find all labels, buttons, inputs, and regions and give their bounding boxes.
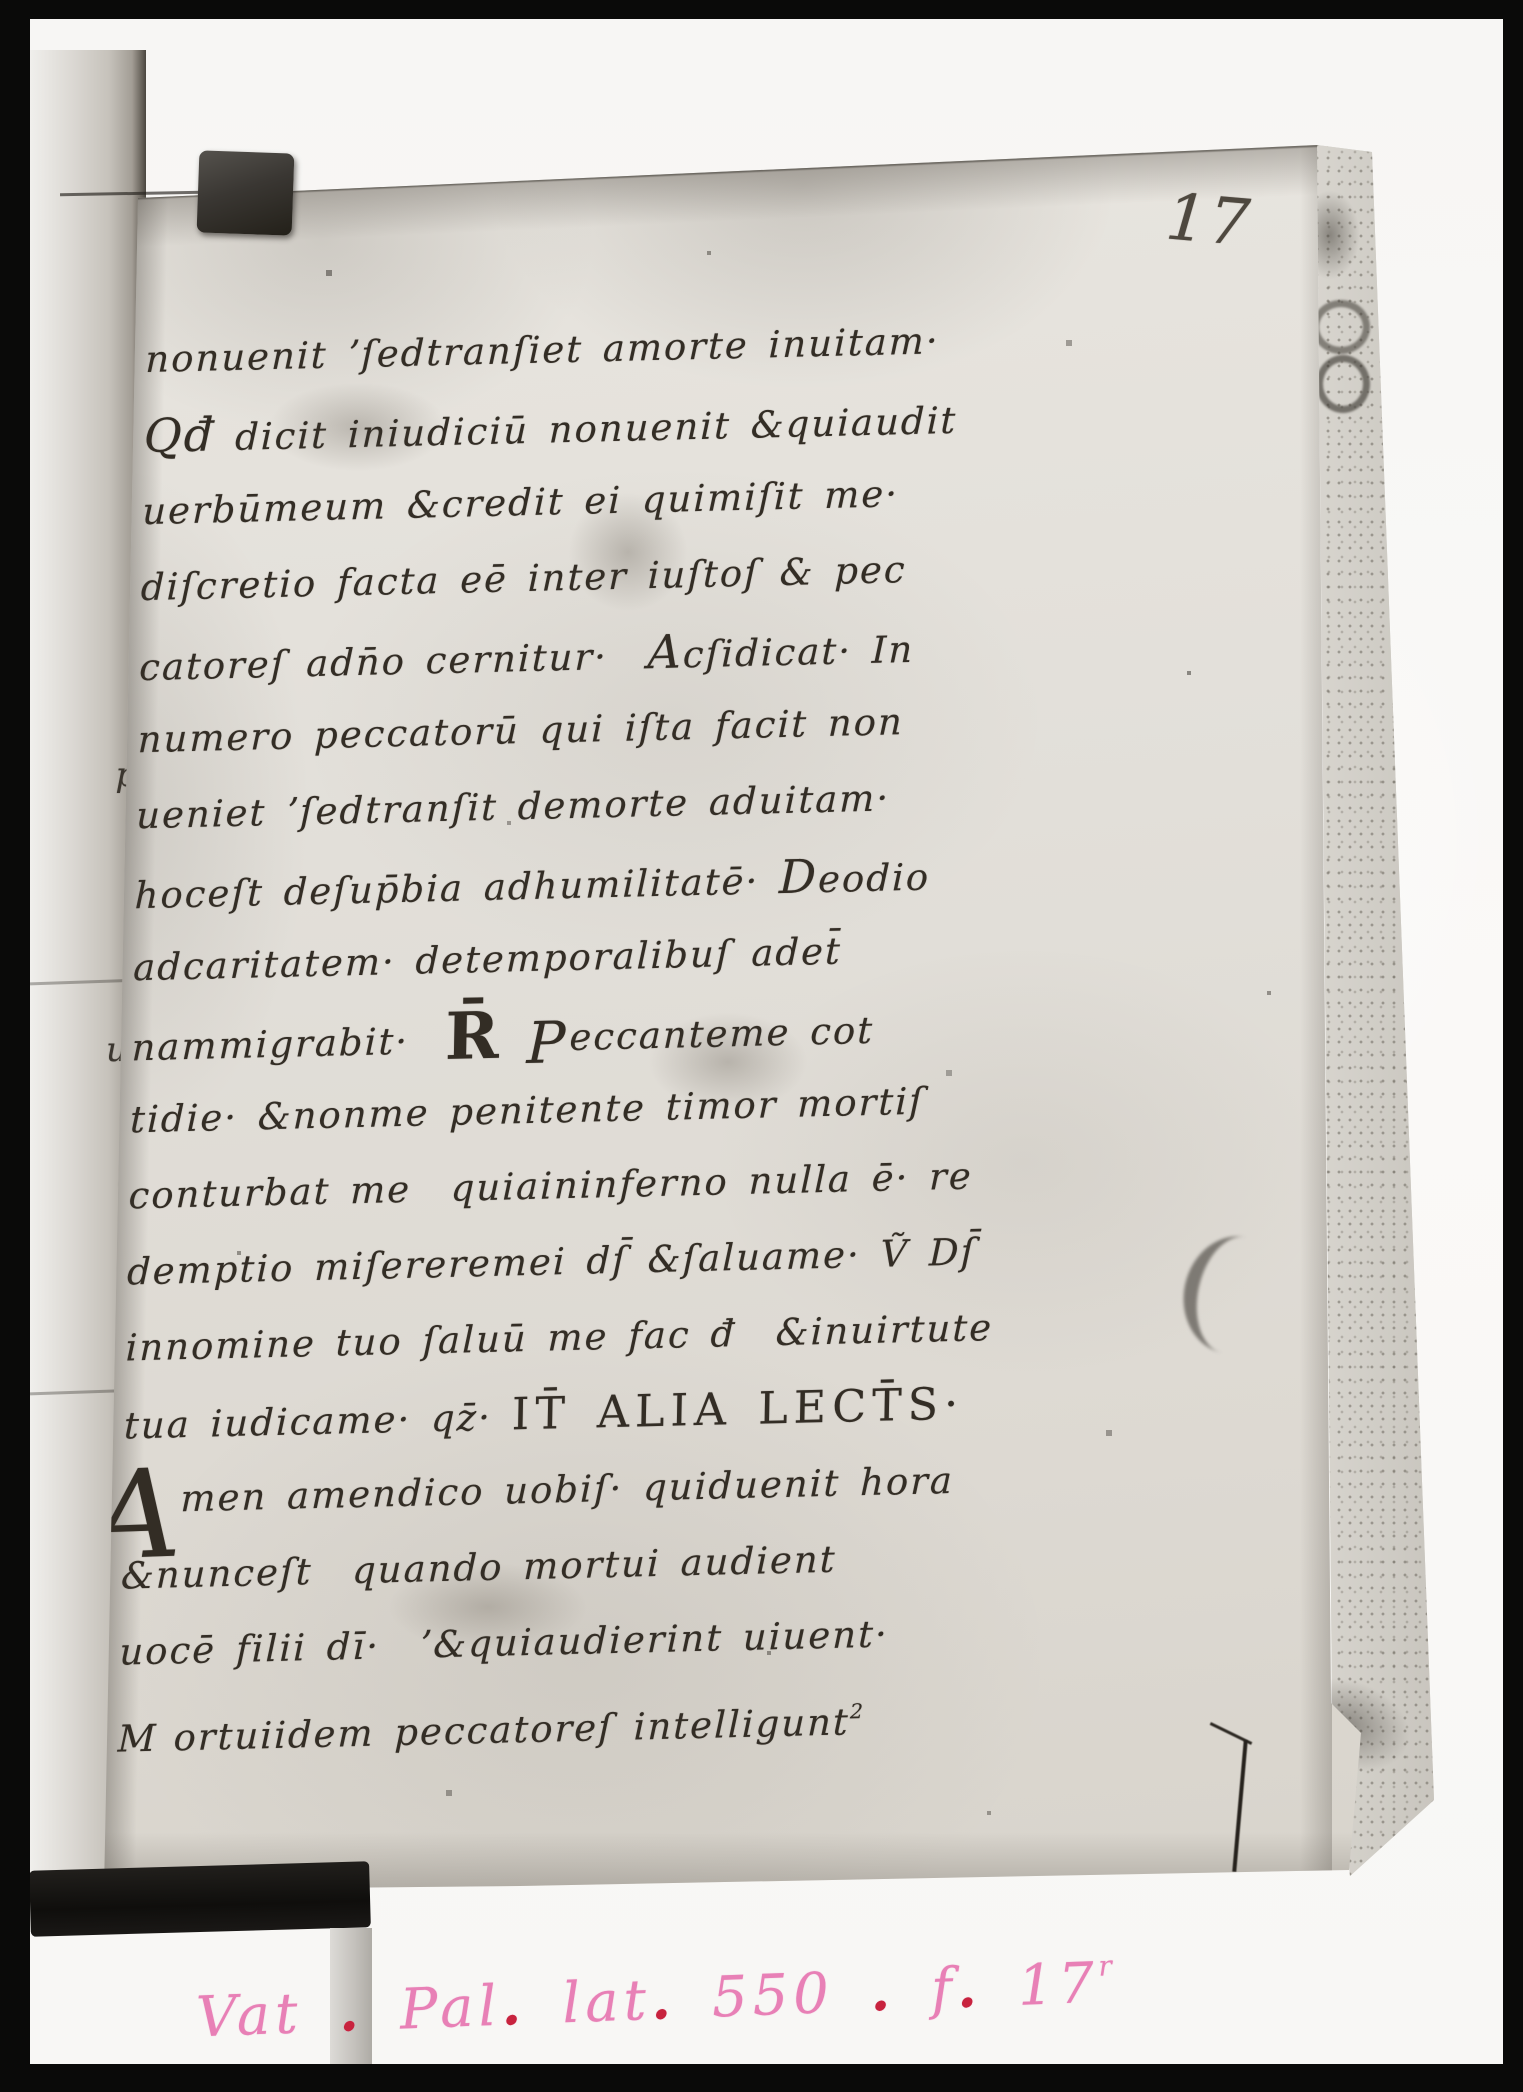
manuscript-line-segment: ueniet ʼſedtranſit demorte aduitam· <box>136 776 891 837</box>
manuscript-line-segment: Qđ <box>143 407 216 463</box>
folio-number: 17 <box>1163 180 1255 261</box>
manuscript-text-block: nonuenit ʼſedtranſiet amorte inuitam·Qđ … <box>117 310 1006 1775</box>
shelfmark-segment: . <box>500 1970 563 2038</box>
photograph-canvas: ſ(p.uelie·trr.ū 17 nonuenit ʼſedtranſiet… <box>0 0 1523 2092</box>
manuscript-line-segment: A <box>647 624 683 679</box>
manuscript-line-segment: demptio miſereremei dſ̄ &ſaluame· Ṽ Dſ̄ <box>127 1230 977 1293</box>
photo-frame <box>0 0 1523 19</box>
manuscript-line-segment: innomine tuo ſaluū me fac đ &inuirtute <box>125 1306 993 1369</box>
shelfmark-segment: r <box>1098 1949 1118 1983</box>
manuscript-line-segment: P <box>526 1009 568 1077</box>
manuscript-line-segment: eccanteme cot <box>569 1009 874 1059</box>
fore-edge-ring-mark <box>1316 355 1370 413</box>
shelfmark-segment: 17 <box>1017 1951 1101 2019</box>
manuscript-line-segment: numero peccatorū qui iſta facit non <box>137 700 904 761</box>
manuscript-line-segment: dicit iniudiciū nonuenit &quiaudit <box>215 399 958 460</box>
shelfmark-segment: lat <box>561 1968 652 2036</box>
shelfmark-segment: Vat <box>195 1981 304 2050</box>
manuscript-line-segment: M <box>117 1717 158 1761</box>
shelfmark-segment: . <box>301 1977 401 2047</box>
manuscript-line-segment: hoceſt deſup̄bia adhumilitatē· <box>134 859 779 917</box>
manuscript-line-segment: diſcretio facta eē inter iuſtoſ & pec <box>140 548 907 609</box>
manuscript-line-segment: tua iudicame· qz̄· <box>124 1395 513 1447</box>
shelfmark-segment: f <box>930 1956 958 2022</box>
manuscript-line-segment: tidie· &nonme penitente timor mortiſ <box>130 1080 925 1142</box>
manuscript-line-segment: eodio <box>818 856 931 902</box>
shelfmark-segment: . <box>956 1953 1019 2021</box>
shelfmark-segment: Pal <box>399 1974 503 2043</box>
manuscript-line-segment: uerbūmeum &credit ei quimiſit me· <box>142 472 900 533</box>
manuscript-line-segment: conturbat me quiaininferno nulla ē· re <box>128 1155 973 1218</box>
manuscript-line-segment: R̄ <box>444 998 499 1075</box>
manuscript-line-segment: D <box>779 849 819 904</box>
shelfmark-segment: . <box>650 1965 713 2033</box>
crescent-stain <box>1173 1227 1295 1363</box>
photo-frame <box>1503 0 1523 2092</box>
binding-clasp-bar <box>29 1861 371 1936</box>
manuscript-line-segment: men amendico uobiſ· quiduenit hora <box>180 1459 954 1520</box>
photo-frame <box>0 0 30 2092</box>
manuscript-line-segment: nonuenit ʼſedtranſiet amorte inuitam· <box>145 319 940 381</box>
manuscript-page: 17 nonuenit ʼſedtranſiet amorte inuitam·… <box>88 132 1388 1907</box>
shelfmark-segment: 550 <box>711 1961 835 2031</box>
manuscript-line-segment: adcaritatem· detemporalibuſ adet̄ <box>133 930 843 990</box>
manuscript-line-segment: IT̄ ALIA LECT̄S· <box>511 1379 965 1441</box>
photo-frame <box>0 2064 1523 2092</box>
manuscript-line-segment: &nunceſt quando mortui audient <box>121 1538 837 1598</box>
manuscript-line-segment: nammigrabit· <box>131 1020 409 1070</box>
binding-tab <box>197 150 295 235</box>
manuscript-line-segment: catoreſ adn̄o cernitur· <box>139 634 648 689</box>
manuscript-line-segment: ortuiidem peccatoreſ intelligunt <box>173 1700 850 1759</box>
manuscript-line-segment: uocē filii dī· ʼ&quiaudierint uiuent· <box>119 1612 889 1673</box>
manuscript-line-segment: cſidicat· In <box>682 628 914 676</box>
shelfmark-segment: . <box>832 1956 932 2026</box>
fore-edge-ring-mark <box>1312 300 1370 354</box>
manuscript-line-segment: 2 <box>850 1699 865 1723</box>
